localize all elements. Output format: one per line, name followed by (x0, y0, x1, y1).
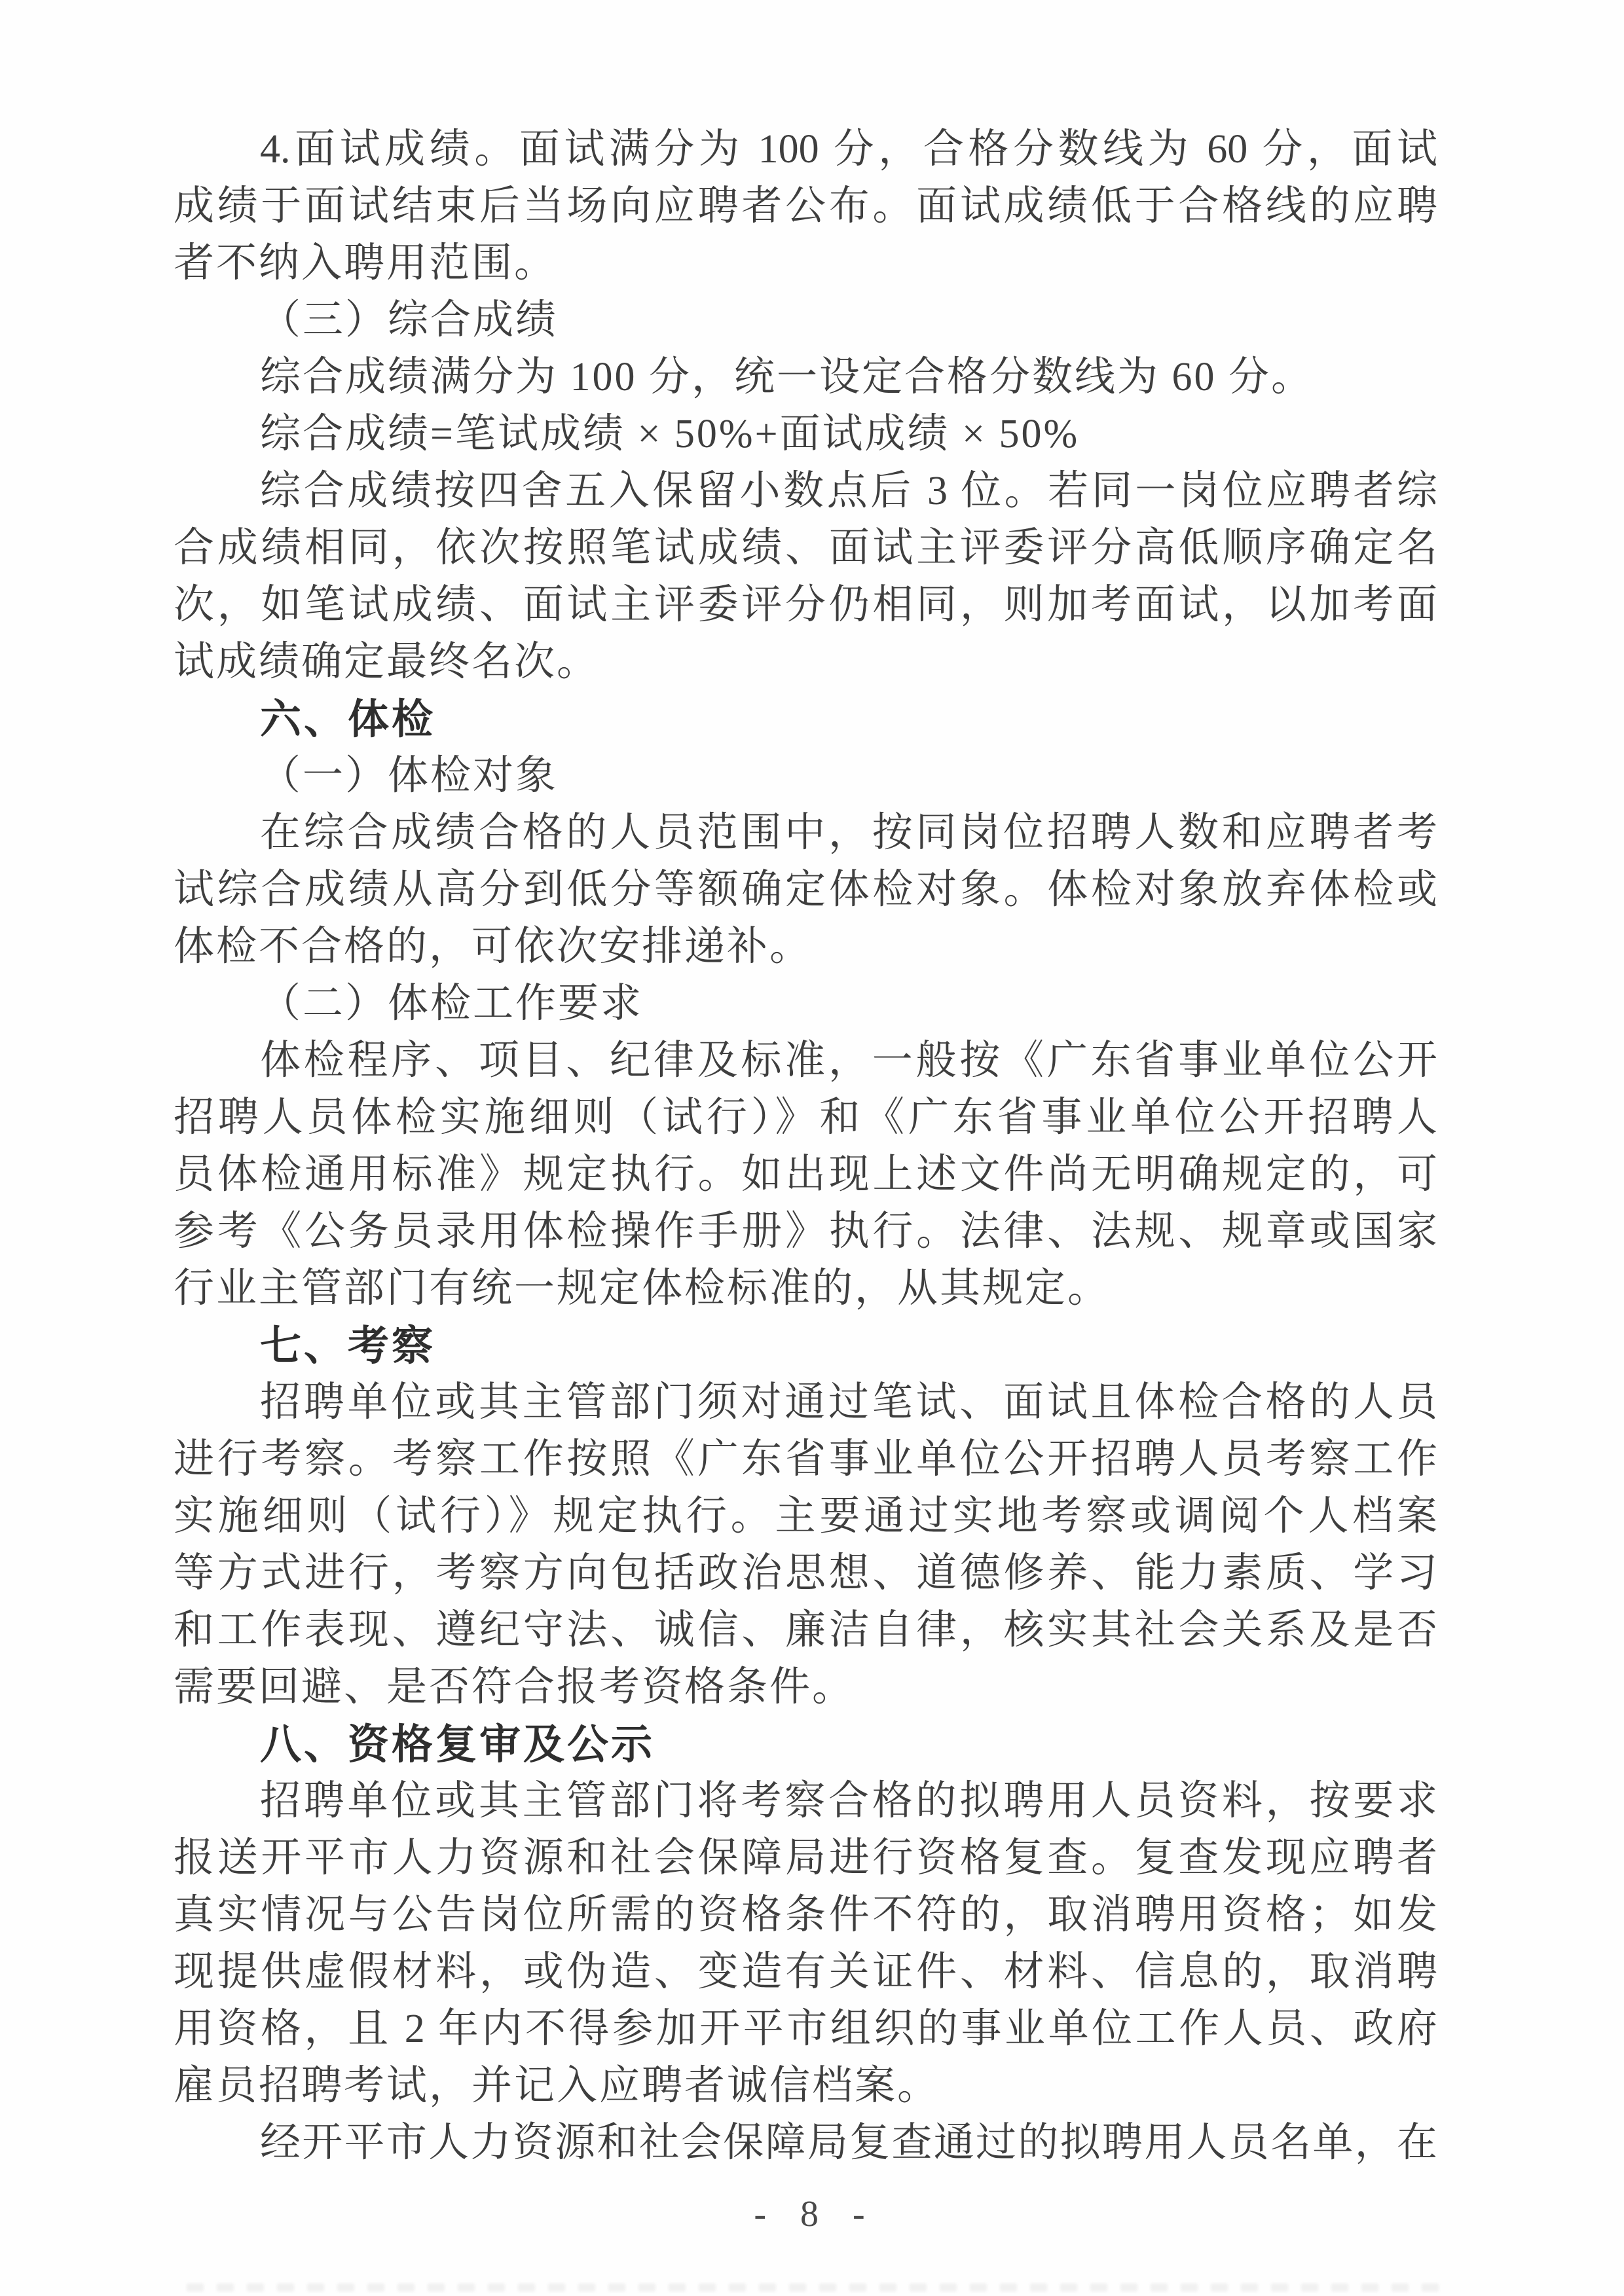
text-line: 招聘人员体检实施细则（试行）》和《广东省事业单位公开招聘人 (174, 1089, 1437, 1146)
section-heading: 八、资格复审及公示 (174, 1716, 1437, 1773)
document-page: 4.面试成绩。面试满分为 100 分，合格分数线为 60 分，面试成绩于面试结束… (0, 0, 1624, 2296)
text-line: 需要回避、是否符合报考资格条件。 (174, 1659, 1437, 1716)
document-text-block: 4.面试成绩。面试满分为 100 分，合格分数线为 60 分，面试成绩于面试结束… (174, 121, 1437, 2172)
text-line: 雇员招聘考试，并记入应聘者诚信档案。 (174, 2058, 1437, 2115)
text-line: 合成绩相同，依次按照笔试成绩、面试主评委评分高低顺序确定名 (174, 520, 1437, 577)
text-line: 成绩于面试结束后当场向应聘者公布。面试成绩低于合格线的应聘 (174, 178, 1437, 235)
section-heading: 七、考察 (174, 1317, 1437, 1374)
text-line: 经开平市人力资源和社会保障局复查通过的拟聘用人员名单，在 (174, 2115, 1437, 2172)
text-line: 在综合成绩合格的人员范围中，按同岗位招聘人数和应聘者考 (174, 805, 1437, 862)
text-line: （二）体检工作要求 (174, 975, 1437, 1032)
text-line: 者不纳入聘用范围。 (174, 235, 1437, 292)
text-line: 参考《公务员录用体检操作手册》执行。法律、法规、规章或国家 (174, 1203, 1437, 1260)
page-number: - 8 - (0, 2193, 1624, 2235)
text-line: 行业主管部门有统一规定体检标准的，从其规定。 (174, 1260, 1437, 1317)
text-line: 招聘单位或其主管部门须对通过笔试、面试且体检合格的人员 (174, 1374, 1437, 1431)
bleed-through-artifact (187, 2284, 1450, 2291)
text-line: 综合成绩按四舍五入保留小数点后 3 位。若同一岗位应聘者综 (174, 463, 1437, 520)
text-line: 和工作表现、遵纪守法、诚信、廉洁自律，核实其社会关系及是否 (174, 1602, 1437, 1659)
text-line: 综合成绩=笔试成绩 × 50%+面试成绩 × 50% (174, 406, 1437, 463)
text-line: 综合成绩满分为 100 分，统一设定合格分数线为 60 分。 (174, 349, 1437, 406)
text-line: 体检程序、项目、纪律及标准，一般按《广东省事业单位公开 (174, 1032, 1437, 1089)
text-line: 试成绩确定最终名次。 (174, 634, 1437, 691)
text-line: 实施细则（试行）》规定执行。主要通过实地考察或调阅个人档案 (174, 1488, 1437, 1545)
text-line: 报送开平市人力资源和社会保障局进行资格复查。复查发现应聘者 (174, 1830, 1437, 1887)
text-line: （一）体检对象 (174, 748, 1437, 805)
text-line: 招聘单位或其主管部门将考察合格的拟聘用人员资料，按要求 (174, 1773, 1437, 1830)
section-heading: 六、体检 (174, 691, 1437, 748)
text-line: 进行考察。考察工作按照《广东省事业单位公开招聘人员考察工作 (174, 1431, 1437, 1488)
text-line: （三）综合成绩 (174, 292, 1437, 349)
text-line: 真实情况与公告岗位所需的资格条件不符的，取消聘用资格；如发 (174, 1887, 1437, 1944)
text-line: 用资格，且 2 年内不得参加开平市组织的事业单位工作人员、政府 (174, 2001, 1437, 2058)
text-line: 现提供虚假材料，或伪造、变造有关证件、材料、信息的，取消聘 (174, 1944, 1437, 2001)
text-line: 4.面试成绩。面试满分为 100 分，合格分数线为 60 分，面试 (174, 121, 1437, 178)
text-line: 员体检通用标准》规定执行。如出现上述文件尚无明确规定的，可 (174, 1146, 1437, 1203)
text-line: 等方式进行，考察方向包括政治思想、道德修养、能力素质、学习 (174, 1545, 1437, 1602)
text-line: 试综合成绩从高分到低分等额确定体检对象。体检对象放弃体检或 (174, 862, 1437, 919)
text-line: 体检不合格的，可依次安排递补。 (174, 919, 1437, 975)
text-line: 次，如笔试成绩、面试主评委评分仍相同，则加考面试，以加考面 (174, 577, 1437, 634)
